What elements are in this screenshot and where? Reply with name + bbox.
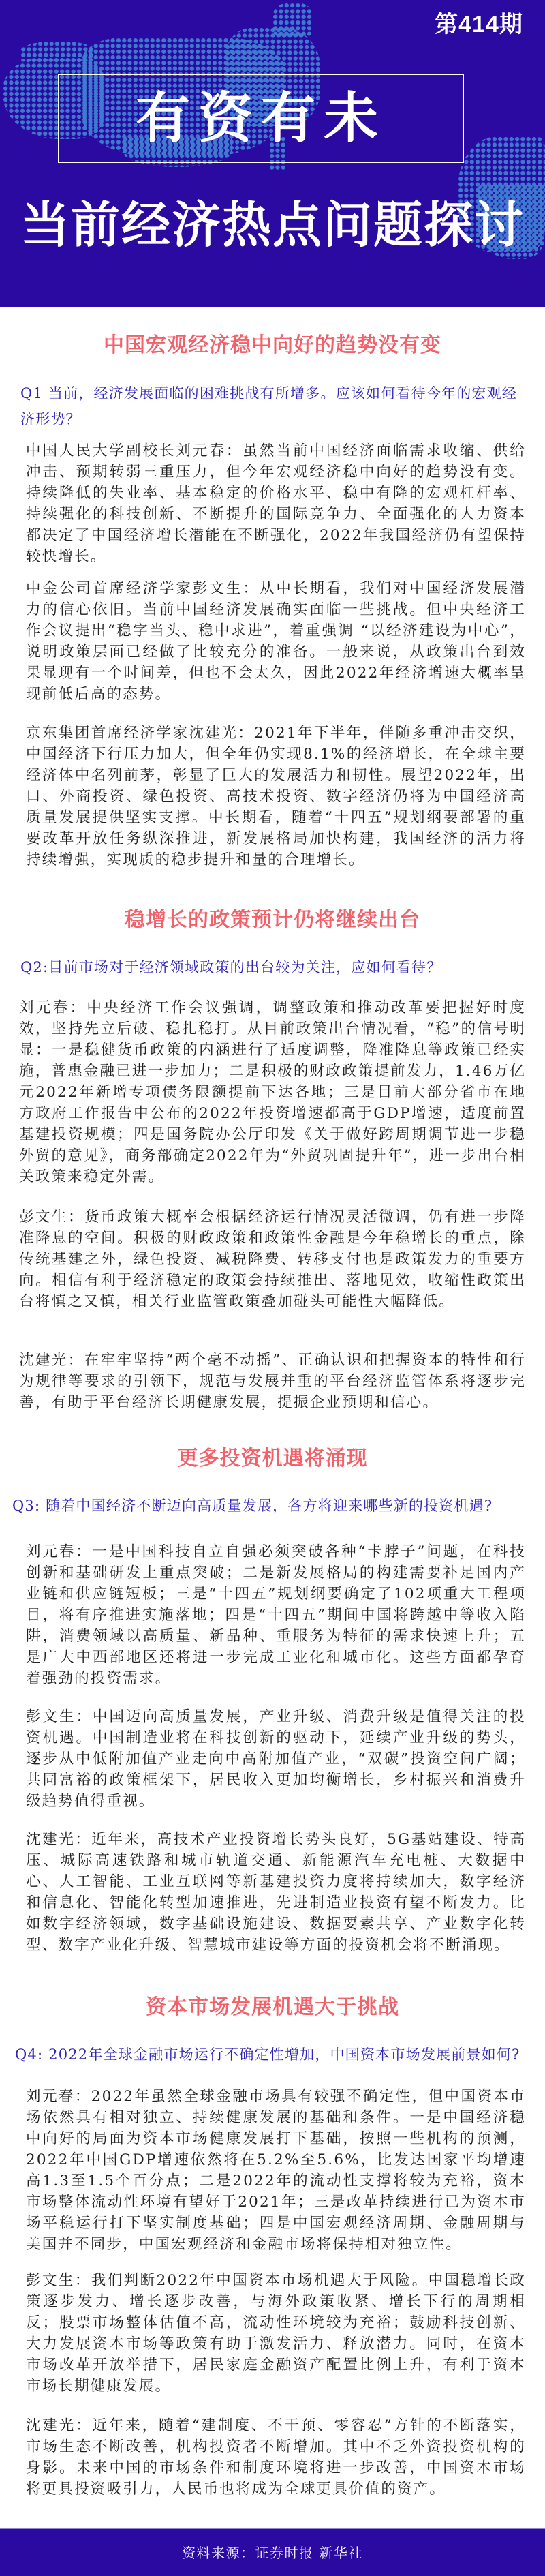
answer-paragraph: 刘元春：中央经济工作会议强调，调整政策和推动改革要把握好时度效，坚持先立后破、稳… xyxy=(19,997,526,1187)
answer-paragraph: 沈建光：近年来，高技术产业投资增长势头良好，5G基站建设、特高压、城际高速铁路和… xyxy=(26,1829,526,1956)
page-subtitle: 当前经济热点问题探讨 xyxy=(20,198,525,252)
answer-paragraph: 中国人民大学副校长刘元春：虽然当前中国经济面临需求收缩、供给冲击、预期转弱三重压… xyxy=(26,440,526,567)
question-q4: Q4: 2022年全球金融市场运行不确定性增加，中国资本市场发展前景如何? xyxy=(15,2042,540,2067)
answer-paragraph: 彭文生：中国迈向高质量发展，产业升级、消费升级是值得关注的投资机遇。中国制造业将… xyxy=(26,1706,526,1812)
section-title-macro-economy: 中国宏观经济稳中向好的趋势没有变 xyxy=(0,333,545,358)
question-q3: Q3: 随着中国经济不断迈向高质量发展，各方将迎来哪些新的投资机遇? xyxy=(12,1493,537,1519)
question-q2: Q2:目前市场对于经济领域政策的出台较为关注，应如何看待？ xyxy=(20,954,528,980)
answer-paragraph: 彭文生：我们判断2022年中国资本市场机遇大于风险。中国稳增长政策逐步发力、增长… xyxy=(26,2270,526,2397)
issue-badge: 第414期 xyxy=(428,10,530,40)
answer-paragraph: 中金公司首席经济学家彭文生：从中长期看，我们对中国经济发展潜力的信心依旧。当前中… xyxy=(26,578,526,705)
source-credit: 资料来源：证券时报 新华社 xyxy=(0,2529,545,2576)
header-banner: 第414期 有资有未 当前经济热点问题探讨 xyxy=(0,0,545,307)
section-title-investment-opportunities: 更多投资机遇将涌现 xyxy=(0,1446,545,1471)
answer-paragraph: 彭文生：货币政策大概率会根据经济运行情况灵活微调，仍有进一步降准降息的空间。积极… xyxy=(19,1207,526,1312)
section-title-capital-market: 资本市场发展机遇大于挑战 xyxy=(0,1995,545,2020)
footer-banner: 资料来源：证券时报 新华社 xyxy=(0,2528,545,2576)
answer-paragraph: 沈建光：近年来，随着“建制度、不干预、零容忍”方针的不断落实，市场生态不断改善，… xyxy=(26,2415,526,2500)
page-title: 有资有未 xyxy=(59,75,463,162)
answer-paragraph: 京东集团首席经济学家沈建光：2021年下半年，伴随多重冲击交织，中国经济下行压力… xyxy=(26,723,526,870)
title-frame: 有资有未 xyxy=(58,74,464,163)
answer-paragraph: 刘元春：2022年虽然全球金融市场具有较强不确定性，但中国资本市场依然具有相对独… xyxy=(26,2086,526,2255)
dot-map-decoration xyxy=(272,3,313,37)
answer-paragraph: 沈建光：在牢牢坚持“两个毫不动摇”、正确认识和把握资本的特性和行为规律等要求的引… xyxy=(19,1350,526,1413)
section-title-growth-policy: 稳增长的政策预计仍将继续出台 xyxy=(0,908,545,933)
question-q1: Q1 当前，经济发展面临的困难挑战有所增多。应该如何看待今年的宏观经济形势？ xyxy=(20,380,528,432)
answer-paragraph: 刘元春：一是中国科技自立自强必须突破各种“卡脖子”问题，在科技创新和基础研发上重… xyxy=(26,1541,526,1689)
